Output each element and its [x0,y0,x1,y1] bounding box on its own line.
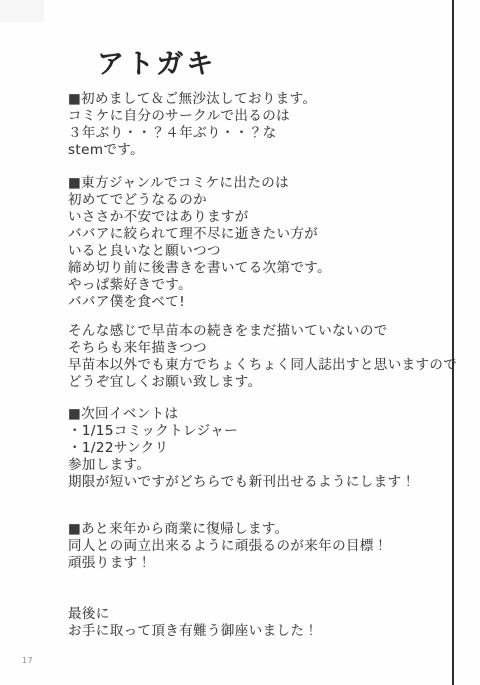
page-number: 17 [22,656,33,665]
text-line: コミケに自分のサークルで出るのは [68,108,438,125]
text-line: 最後に [68,606,438,623]
text-line: stemです。 [68,142,438,159]
text-line: いささか不安ではありますが [68,209,438,226]
page-content: アトガキ ■初めまして＆ご無沙汰しております。コミケに自分のサークルで出るのは３… [68,42,438,656]
text-line: 頑張ります！ [68,555,438,572]
text-line: 締め切り前に後書きを書いてる次第です。 [68,260,438,277]
text-line: ■次回イベントは [68,406,438,423]
text-line: ■あと来年から商業に復帰します。 [68,521,438,538]
text-line: 同人との両立出来るように頑張るのが来年の目標！ [68,538,438,555]
text-line: お手に取って頂き有難う御座いました！ [68,623,438,640]
text-line: 参加します。 [68,457,438,474]
text-line: どうぞ宜しくお願い致します。 [68,374,438,391]
text-line: ■初めまして＆ご無沙汰しております。 [68,91,438,108]
text-line: そんな感じで早苗本の続きをまだ描いていないので [68,323,438,340]
text-line: やっぱ紫好きです。 [68,277,438,294]
paragraph-future-books: そんな感じで早苗本の続きをまだ描いていないのでそちらも来年描きつつ早苗本以外でも… [68,323,438,391]
text-line: ババアに絞られて理不尽に逝きたい方が [68,226,438,243]
paragraph-next-events: ■次回イベントは・1/15コミックトレジャー・1/22サンクリ参加します。期限が… [68,406,438,491]
paragraph-commercial-return: ■あと来年から商業に復帰します。同人との両立出来るように頑張るのが来年の目標！頑… [68,521,438,572]
scan-edge-line [452,0,454,685]
text-line: ■東方ジャンルでコミケに出たのは [68,175,438,192]
afterword-page: アトガキ ■初めまして＆ご無沙汰しております。コミケに自分のサークルで出るのは３… [0,0,480,685]
text-line: 早苗本以外でも東方でちょくちょく同人誌出すと思いますので [68,357,438,374]
text-line: ・1/22サンクリ [68,440,438,457]
text-line: いると良いなと願いつつ [68,243,438,260]
page-title: アトガキ [97,42,438,81]
text-line: そちらも来年描きつつ [68,340,438,357]
text-line: ババア僕を食べて! [68,294,438,311]
paragraph-thanks: 最後にお手に取って頂き有難う御座いました！ [68,606,438,640]
text-line: 初めてでどうなるのか [68,192,438,209]
scan-corner-artifact [0,0,44,22]
text-line: ・1/15コミックトレジャー [68,423,438,440]
paragraph-intro: ■初めまして＆ご無沙汰しております。コミケに自分のサークルで出るのは３年ぶり・・… [68,91,438,159]
paragraph-touhou-comiket: ■東方ジャンルでコミケに出たのは初めてでどうなるのかいささか不安ではありますがバ… [68,175,438,311]
text-line: 期限が短いですがどちらでも新刊出せるようにします！ [68,474,438,491]
text-line: ３年ぶり・・？４年ぶり・・？な [68,125,438,142]
